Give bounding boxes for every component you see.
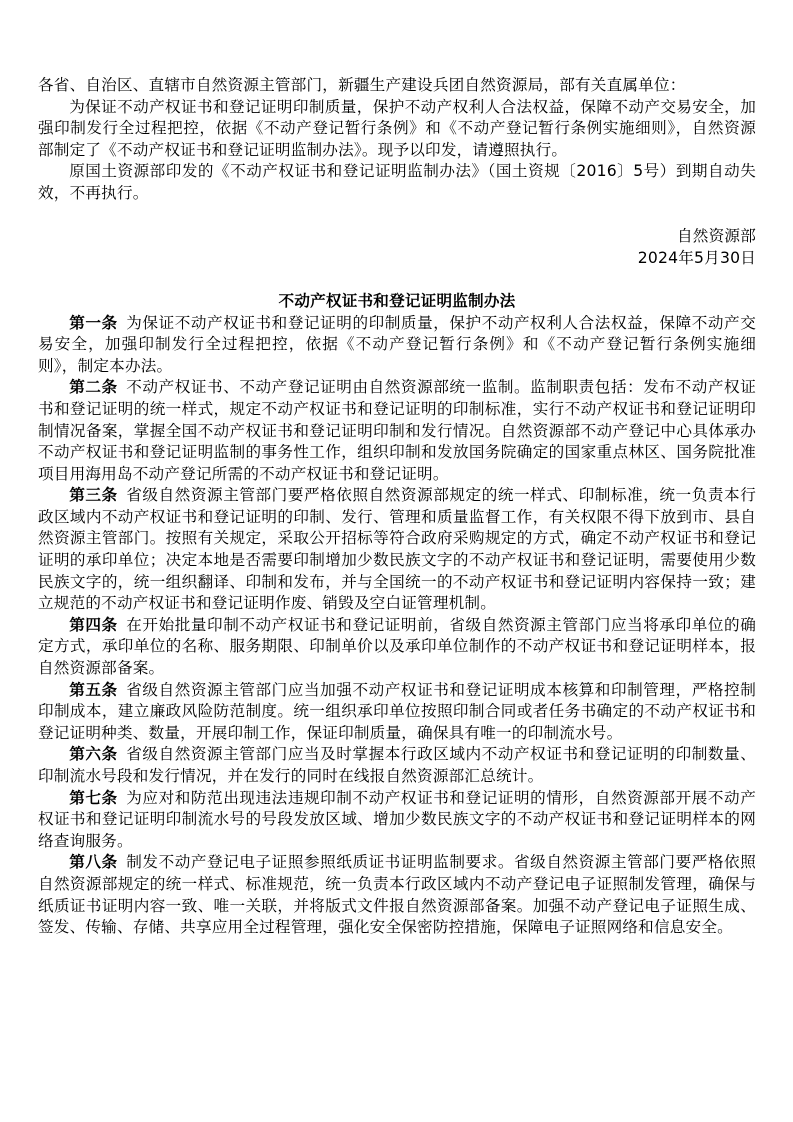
addressee-line: 各省、自治区、直辖市自然资源主管部门，新疆生产建设兵团自然资源局，部有关直属单位…	[38, 75, 756, 97]
article-2: 第二条不动产权证书、不动产登记证明由自然资源部统一监制。监制职责包括：发布不动产…	[38, 377, 756, 485]
article-8: 第八条制发不动产登记电子证照参照纸质证书证明监制要求。省级自然资源主管部门要严格…	[38, 852, 756, 938]
article-4-text: 在开始批量印制不动产权证书和登记证明前，省级自然资源主管部门应当将承印单位的确定…	[38, 616, 756, 677]
article-2-label: 第二条	[69, 378, 117, 396]
article-5-label: 第五条	[69, 681, 117, 699]
signature-block: 自然资源部 2024年5月30日	[38, 226, 756, 269]
document-body: 各省、自治区、直辖市自然资源主管部门，新疆生产建设兵团自然资源局，部有关直属单位…	[38, 75, 756, 939]
article-7: 第七条为应对和防范出现违法违规印制不动产权证书和登记证明的情形，自然资源部开展不…	[38, 788, 756, 853]
intro-paragraph-1: 为保证不动产权证书和登记证明印制质量，保护不动产权利人合法权益，保障不动产交易安…	[38, 97, 756, 162]
article-4: 第四条在开始批量印制不动产权证书和登记证明前，省级自然资源主管部门应当将承印单位…	[38, 615, 756, 680]
article-6-text: 省级自然资源主管部门应当及时掌握本行政区域内不动产权证书和登记证明的印制数量、印…	[38, 745, 756, 785]
article-8-text: 制发不动产登记电子证照参照纸质证书证明监制要求。省级自然资源主管部门要严格依照自…	[38, 853, 756, 936]
measures-title: 不动产权证书和登记证明监制办法	[38, 291, 756, 313]
article-6: 第六条省级自然资源主管部门应当及时掌握本行政区域内不动产权证书和登记证明的印制数…	[38, 744, 756, 787]
article-1-label: 第一条	[69, 314, 117, 332]
addressee-text: 各省、自治区、直辖市自然资源主管部门，新疆生产建设兵团自然资源局，部有关直属单位…	[38, 76, 686, 94]
article-1: 第一条为保证不动产权证书和登记证明的印制质量，保护不动产权利人合法权益，保障不动…	[38, 313, 756, 378]
article-7-text: 为应对和防范出现违法违规印制不动产权证书和登记证明的情形，自然资源部开展不动产权…	[38, 789, 756, 850]
intro-paragraph-2: 原国土资源部印发的《不动产权证书和登记证明监制办法》（国土资规〔2016〕5号）…	[38, 161, 756, 204]
article-1-text: 为保证不动产权证书和登记证明的印制质量，保护不动产权利人合法权益，保障不动产交易…	[38, 314, 756, 375]
article-5: 第五条省级自然资源主管部门应当加强不动产权证书和登记证明成本核算和印制管理，严格…	[38, 680, 756, 745]
article-2-text: 不动产权证书、不动产登记证明由自然资源部统一监制。监制职责包括：发布不动产权证书…	[38, 378, 756, 482]
signature-issuer: 自然资源部	[38, 226, 756, 248]
article-3-text: 省级自然资源主管部门要严格依照自然资源部规定的统一样式、印制标准，统一负责本行政…	[38, 486, 756, 612]
document-page: 各省、自治区、直辖市自然资源主管部门，新疆生产建设兵团自然资源局，部有关直属单位…	[0, 0, 793, 1122]
article-6-label: 第六条	[69, 745, 117, 763]
article-8-label: 第八条	[69, 853, 117, 871]
article-5-text: 省级自然资源主管部门应当加强不动产权证书和登记证明成本核算和印制管理，严格控制印…	[38, 681, 756, 742]
article-3: 第三条省级自然资源主管部门要严格依照自然资源部规定的统一样式、印制标准，统一负责…	[38, 485, 756, 615]
article-3-label: 第三条	[69, 486, 117, 504]
article-7-label: 第七条	[69, 789, 117, 807]
signature-date: 2024年5月30日	[38, 248, 756, 270]
article-4-label: 第四条	[69, 616, 117, 634]
